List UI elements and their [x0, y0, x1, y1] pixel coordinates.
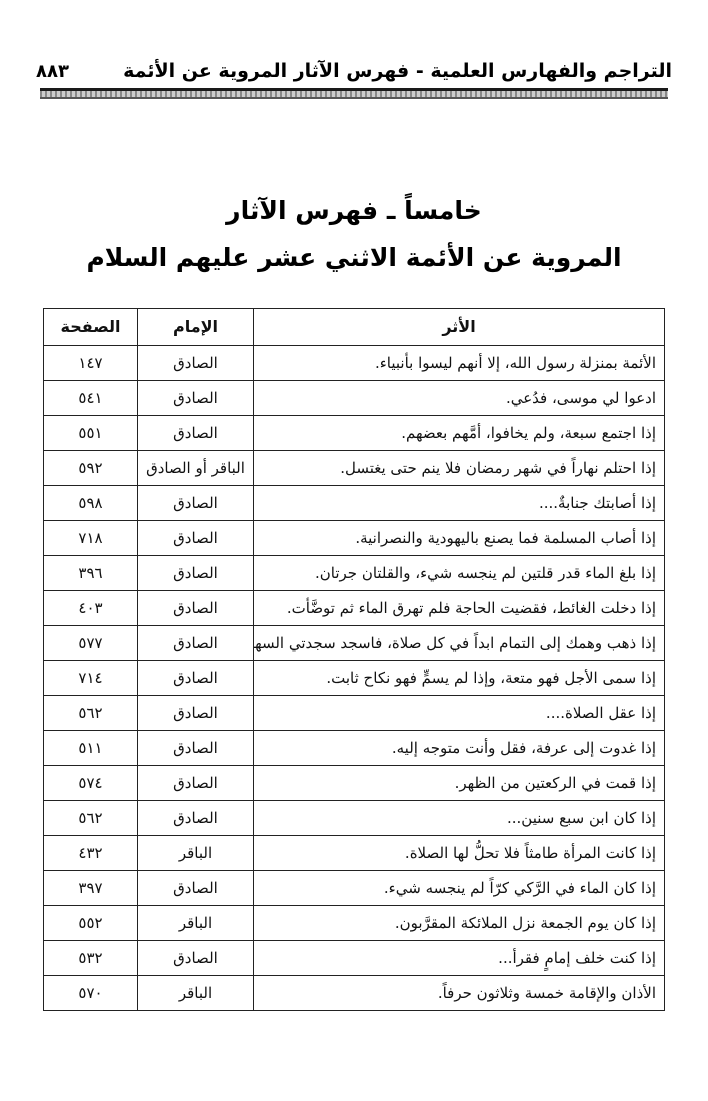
section-title: خامساً ـ فهرس الآثار	[0, 196, 708, 225]
table-row: إذا احتلم نهاراً في شهر رمضان فلا ينم حت…	[44, 451, 665, 486]
athar-cell: إذا كان الماء في الرَّكي كرّاً لم ينجسه …	[254, 871, 665, 906]
running-header: ٨٨٣ التراجم والفهارس العلمية - فهرس الآث…	[36, 56, 672, 86]
page-number-cell: ٥٧٤	[44, 766, 138, 801]
imam-cell: الباقر	[138, 976, 254, 1011]
athar-cell: إذا ذهب وهمك إلى التمام ابداً في كل صلاة…	[254, 626, 665, 661]
athar-cell: ادعوا لي موسى، فدُعي.	[254, 381, 665, 416]
athar-cell: إذا دخلت الغائط، فقضيت الحاجة فلم تهرق ا…	[254, 591, 665, 626]
page-number-cell: ٥٩٢	[44, 451, 138, 486]
athar-cell: إذا أصابتك جنابةٌ....	[254, 486, 665, 521]
athar-cell: إذا سمى الأجل فهو متعة، وإذا لم يسمٍّ فه…	[254, 661, 665, 696]
page-number-cell: ٥٦٢	[44, 801, 138, 836]
column-header-athar: الأثر	[254, 309, 665, 346]
table-body: الأئمة بمنزلة رسول الله، إلا أنهم ليسوا …	[44, 346, 665, 1011]
page-number: ٨٨٣	[36, 61, 69, 82]
athar-cell: إذا كنت خلف إمامٍ فقرأ...	[254, 941, 665, 976]
table-row: إذا كنت خلف إمامٍ فقرأ...الصادق٥٣٢	[44, 941, 665, 976]
imam-cell: الباقر	[138, 836, 254, 871]
imam-cell: الصادق	[138, 486, 254, 521]
page-number-cell: ٥٩٨	[44, 486, 138, 521]
page-number-cell: ٧١٨	[44, 521, 138, 556]
athar-index-table: الأثر الإمام الصفحة الأئمة بمنزلة رسول ا…	[43, 308, 665, 1011]
header-rule-divider	[40, 88, 668, 99]
athar-cell: إذا بلغ الماء قدر قلتين لم ينجسه شيء، وا…	[254, 556, 665, 591]
athar-cell: إذا كان يوم الجمعة نزل الملائكة المقرَّب…	[254, 906, 665, 941]
table-row: إذا قمت في الركعتين من الظهر.الصادق٥٧٤	[44, 766, 665, 801]
page-number-cell: ٥٣٢	[44, 941, 138, 976]
table-row: إذا أصاب المسلمة فما يصنع باليهودية والن…	[44, 521, 665, 556]
table-row: إذا عقل الصلاة....الصادق٥٦٢	[44, 696, 665, 731]
section-subtitle: المروية عن الأئمة الاثني عشر عليهم السلا…	[0, 243, 708, 272]
imam-cell: الصادق	[138, 626, 254, 661]
athar-cell: إذا غدوت إلى عرفة، فقل وأنت متوجه إليه.	[254, 731, 665, 766]
page-number-cell: ٥٥٢	[44, 906, 138, 941]
page-number-cell: ٤٠٣	[44, 591, 138, 626]
column-header-imam: الإمام	[138, 309, 254, 346]
imam-cell: الصادق	[138, 661, 254, 696]
page-number-cell: ٥٧٧	[44, 626, 138, 661]
imam-cell: الصادق	[138, 381, 254, 416]
page-number-cell: ١٤٧	[44, 346, 138, 381]
athar-cell: الأذان والإقامة خمسة وثلاثون حرفاً.	[254, 976, 665, 1011]
table-row: ادعوا لي موسى، فدُعي.الصادق٥٤١	[44, 381, 665, 416]
table-row: إذا كانت المرأة طامثاً فلا تحلُّ لها الص…	[44, 836, 665, 871]
imam-cell: الصادق	[138, 346, 254, 381]
page-number-cell: ٤٣٢	[44, 836, 138, 871]
table-row: إذا بلغ الماء قدر قلتين لم ينجسه شيء، وا…	[44, 556, 665, 591]
imam-cell: الصادق	[138, 521, 254, 556]
imam-cell: الصادق	[138, 871, 254, 906]
table-row: إذا ذهب وهمك إلى التمام ابداً في كل صلاة…	[44, 626, 665, 661]
athar-cell: إذا اجتمع سبعة، ولم يخافوا، أمَّهم بعضهم…	[254, 416, 665, 451]
imam-cell: الباقر أو الصادق	[138, 451, 254, 486]
athar-cell: إذا كان ابن سبع سنين...	[254, 801, 665, 836]
imam-cell: الصادق	[138, 556, 254, 591]
athar-cell: إذا أصاب المسلمة فما يصنع باليهودية والن…	[254, 521, 665, 556]
table-header-row: الأثر الإمام الصفحة	[44, 309, 665, 346]
table-row: الأئمة بمنزلة رسول الله، إلا أنهم ليسوا …	[44, 346, 665, 381]
imam-cell: الباقر	[138, 906, 254, 941]
page-number-cell: ٥٤١	[44, 381, 138, 416]
page-number-cell: ٥٧٠	[44, 976, 138, 1011]
table-row: إذا دخلت الغائط، فقضيت الحاجة فلم تهرق ا…	[44, 591, 665, 626]
imam-cell: الصادق	[138, 416, 254, 451]
athar-cell: إذا عقل الصلاة....	[254, 696, 665, 731]
imam-cell: الصادق	[138, 801, 254, 836]
page-number-cell: ٣٩٧	[44, 871, 138, 906]
imam-cell: الصادق	[138, 766, 254, 801]
page-number-cell: ٥٥١	[44, 416, 138, 451]
table-row: إذا غدوت إلى عرفة، فقل وأنت متوجه إليه.ا…	[44, 731, 665, 766]
table-row: إذا كان الماء في الرَّكي كرّاً لم ينجسه …	[44, 871, 665, 906]
athar-cell: إذا احتلم نهاراً في شهر رمضان فلا ينم حت…	[254, 451, 665, 486]
table-row: إذا اجتمع سبعة، ولم يخافوا، أمَّهم بعضهم…	[44, 416, 665, 451]
imam-cell: الصادق	[138, 941, 254, 976]
athar-cell: إذا قمت في الركعتين من الظهر.	[254, 766, 665, 801]
athar-cell: الأئمة بمنزلة رسول الله، إلا أنهم ليسوا …	[254, 346, 665, 381]
page-number-cell: ٥٦٢	[44, 696, 138, 731]
table-row: إذا أصابتك جنابةٌ....الصادق٥٩٨	[44, 486, 665, 521]
running-title: التراجم والفهارس العلمية - فهرس الآثار ا…	[123, 60, 672, 82]
page-number-cell: ٥١١	[44, 731, 138, 766]
page-number-cell: ٧١٤	[44, 661, 138, 696]
table-row: الأذان والإقامة خمسة وثلاثون حرفاً.الباق…	[44, 976, 665, 1011]
page-number-cell: ٣٩٦	[44, 556, 138, 591]
table-row: إذا كان ابن سبع سنين...الصادق٥٦٢	[44, 801, 665, 836]
table-row: إذا كان يوم الجمعة نزل الملائكة المقرَّب…	[44, 906, 665, 941]
athar-cell: إذا كانت المرأة طامثاً فلا تحلُّ لها الص…	[254, 836, 665, 871]
imam-cell: الصادق	[138, 731, 254, 766]
table-row: إذا سمى الأجل فهو متعة، وإذا لم يسمٍّ فه…	[44, 661, 665, 696]
imam-cell: الصادق	[138, 591, 254, 626]
imam-cell: الصادق	[138, 696, 254, 731]
column-header-page: الصفحة	[44, 309, 138, 346]
